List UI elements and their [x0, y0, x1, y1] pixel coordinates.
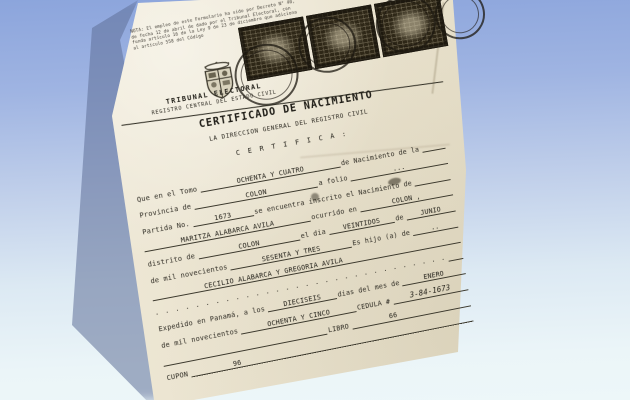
- photo-background: NOTA: El empleo de este Formulario ha si…: [0, 0, 630, 400]
- ink-smudge: [311, 193, 319, 201]
